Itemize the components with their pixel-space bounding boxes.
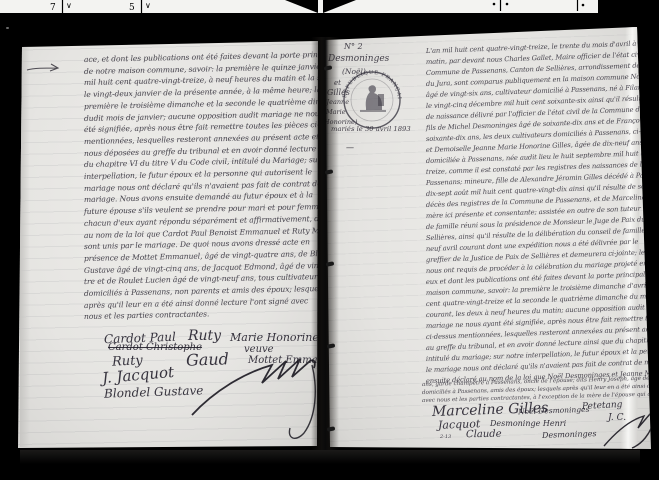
act-number: N° 2: [344, 42, 363, 51]
frame-mark-dot: [582, 4, 585, 7]
right-page: N° 2 Desmoninges (Noël) et Gilles (Jeann…: [320, 24, 654, 452]
book-bottom-shadow: [20, 450, 640, 464]
signature: Noël Desmoninges: [518, 405, 590, 416]
paraph-flourish: [600, 410, 654, 452]
left-page-text: ace, et dont les publications ont été fa…: [84, 54, 322, 323]
left-page: ace, et dont les publications ont été fa…: [16, 39, 322, 451]
book-gutter: [311, 37, 339, 450]
frame-mark-arrow: ∨: [145, 1, 151, 10]
frame-mark-glyph: 5: [129, 3, 135, 13]
margin-dash: —: [346, 143, 354, 152]
left-page-edge: [20, 45, 30, 447]
right-page-text: L'an mil huit cent quatre-vingt-treize, …: [426, 46, 654, 387]
film-triangle-left: [285, 0, 318, 13]
right-page-top-edge: [322, 24, 644, 35]
film-speck: [6, 27, 9, 29]
frame-mark-glyph: 7: [50, 3, 56, 13]
frame-mark-arrow: ∨: [66, 1, 72, 10]
republique-francaise-stamp: RÉPUBLIQUE FRANÇAISE: [341, 69, 403, 131]
signature: Marie Honorine: [230, 331, 319, 344]
paraph-flourish: [184, 353, 322, 445]
signature: Claude: [466, 429, 502, 441]
signature: Desmoninges: [542, 429, 597, 440]
margin-marriage-date: mariés le 30 avril 1893: [331, 125, 411, 133]
stamp-tablet: [378, 94, 384, 106]
margin-arrow-mark: [24, 61, 66, 75]
film-triangle-right: [323, 0, 356, 13]
signature-annotation: 2-13: [440, 434, 451, 440]
film-strip: 7 ∨ 5 ∨: [0, 0, 598, 13]
frame-mark-dot: [493, 3, 496, 6]
film-strip-marks: 7 ∨ 5 ∨: [0, 0, 598, 13]
register-scan: 7 ∨ 5 ∨ ace, et dont les publications on…: [0, 0, 659, 480]
frame-mark-dot: [506, 3, 509, 6]
signature: Desmoninge Henri: [490, 419, 566, 428]
